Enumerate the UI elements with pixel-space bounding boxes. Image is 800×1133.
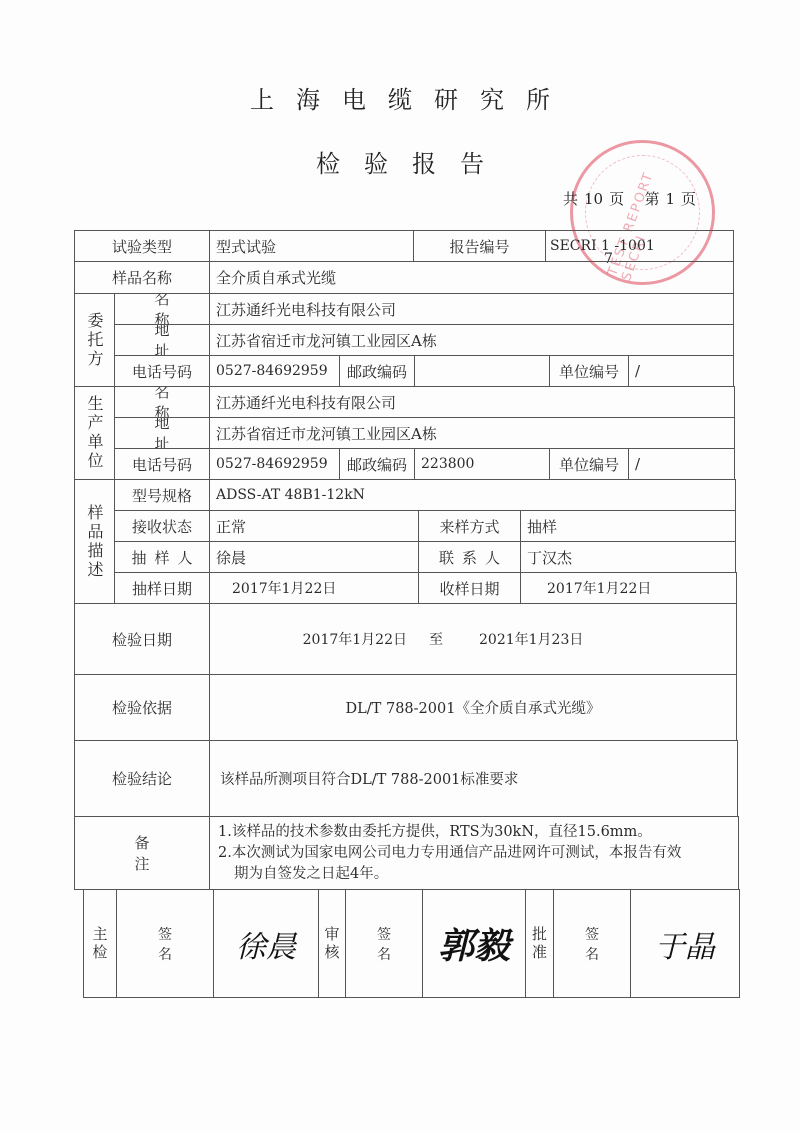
remarks-line2b: 期为自签发之日起4年。 bbox=[218, 864, 388, 885]
page-total-prefix: 共 bbox=[563, 190, 578, 208]
report-title: 检验报告 bbox=[0, 144, 800, 179]
approver-role-label: 批准 bbox=[525, 889, 554, 998]
approver-sign-label: 签 名 bbox=[553, 889, 631, 998]
manufacturer-unit-no-label: 单位编号 bbox=[549, 448, 629, 480]
sampling-date-value: 2017年1月22日 bbox=[209, 572, 419, 604]
remarks-label: 备 注 bbox=[74, 816, 210, 890]
sample-name-value: 全介质自承式光缆 bbox=[209, 261, 734, 294]
client-unit-no-value: / bbox=[628, 355, 734, 387]
inspector-sign-label: 签 名 bbox=[116, 889, 214, 998]
receive-date-label: 收样日期 bbox=[418, 572, 521, 604]
conclusion-value: 该样品所测项目符合DL/T 788-2001标准要求 bbox=[209, 740, 738, 817]
page-total-suffix: 页 bbox=[609, 190, 624, 208]
sampling-method-label: 来样方式 bbox=[418, 510, 521, 542]
inspection-date-label: 检验日期 bbox=[74, 603, 210, 675]
manufacturer-group-label: 生产单位 bbox=[74, 386, 115, 480]
client-address-label: 地 址 bbox=[114, 324, 210, 356]
remarks-line1: 1.该样品的技术参数由委托方提供，RTS为30kN，直径15.6mm。 bbox=[218, 822, 652, 843]
sample-name-label: 样品名称 bbox=[74, 261, 210, 294]
page-current-prefix: 第 bbox=[644, 190, 659, 208]
manufacturer-postal-value: 223800 bbox=[414, 448, 550, 480]
institute-title: 上海电缆研究所 bbox=[0, 80, 800, 115]
receive-date-value: 2017年1月22日 bbox=[520, 572, 737, 604]
manufacturer-phone-value: 0527-84692959 bbox=[209, 448, 340, 480]
client-name-value: 江苏通纤光电科技有限公司 bbox=[209, 293, 734, 325]
page-current: 1 bbox=[665, 190, 675, 208]
client-name-label: 名 称 bbox=[114, 293, 210, 325]
reviewer-sign-label: 签 名 bbox=[345, 889, 423, 998]
approver-signature: 于晶 bbox=[630, 889, 740, 998]
manufacturer-unit-no-value: / bbox=[628, 448, 735, 480]
inspection-date-to: 2021年1月23日 bbox=[479, 629, 583, 649]
receive-state-label: 接收状态 bbox=[114, 510, 210, 542]
report-no-label: 报告编号 bbox=[413, 230, 546, 262]
manufacturer-address-value: 江苏省宿迁市龙河镇工业园区A栋 bbox=[209, 417, 735, 449]
client-group-label: 委托方 bbox=[74, 293, 115, 387]
manufacturer-address-label: 地 址 bbox=[114, 417, 210, 449]
manufacturer-name-value: 江苏通纤光电科技有限公司 bbox=[209, 386, 735, 418]
inspection-date-from: 2017年1月22日 bbox=[303, 629, 407, 649]
manufacturer-postal-label: 邮政编码 bbox=[339, 448, 415, 480]
sampling-method-value: 抽样 bbox=[520, 510, 736, 542]
inspector-role-label: 主检 bbox=[83, 889, 117, 998]
inspection-basis-label: 检验依据 bbox=[74, 674, 210, 741]
model-value: ADSS-AT 48B1-12kN bbox=[209, 479, 736, 511]
report-no-line1: SECRI 1 -1001 bbox=[550, 237, 655, 255]
client-postal-value bbox=[414, 355, 550, 387]
inspector-signature: 徐晨 bbox=[213, 889, 319, 998]
reviewer-signature: 郭毅 bbox=[422, 889, 526, 998]
test-type-label: 试验类型 bbox=[74, 230, 210, 262]
sampling-date-label: 抽样日期 bbox=[114, 572, 210, 604]
remarks-value: 1.该样品的技术参数由委托方提供，RTS为30kN，直径15.6mm。 2.本次… bbox=[209, 816, 739, 890]
contact-value: 丁汉杰 bbox=[520, 541, 736, 573]
client-unit-no-label: 单位编号 bbox=[549, 355, 629, 387]
manufacturer-name-label: 名 称 bbox=[114, 386, 210, 418]
page-total: 10 bbox=[584, 190, 603, 208]
client-address-value: 江苏省宿迁市龙河镇工业园区A栋 bbox=[209, 324, 734, 356]
client-postal-label: 邮政编码 bbox=[339, 355, 415, 387]
remarks-line2a: 2.本次测试为国家电网公司电力专用通信产品进网许可测试，本报告有效 bbox=[218, 843, 681, 864]
inspection-date-to-word: 至 bbox=[429, 629, 443, 649]
manufacturer-phone-label: 电话号码 bbox=[114, 448, 210, 480]
contact-label: 联系人 bbox=[418, 541, 521, 573]
page-current-suffix: 页 bbox=[681, 190, 696, 208]
page-info: 共10页 第1页 bbox=[560, 188, 699, 209]
model-label: 型号规格 bbox=[114, 479, 210, 511]
sample-group-label: 样品描述 bbox=[74, 479, 115, 604]
sampler-label: 抽样人 bbox=[114, 541, 210, 573]
client-phone-value: 0527-84692959 bbox=[209, 355, 340, 387]
inspection-basis-value: DL/T 788-2001《全介质自承式光缆》 bbox=[209, 674, 737, 741]
receive-state-value: 正常 bbox=[209, 510, 419, 542]
conclusion-label: 检验结论 bbox=[74, 740, 210, 817]
test-type-value: 型式试验 bbox=[209, 230, 414, 262]
client-phone-label: 电话号码 bbox=[114, 355, 210, 387]
reviewer-role-label: 审核 bbox=[318, 889, 346, 998]
report-no-value: SECRI 1 -1001 bbox=[545, 230, 734, 262]
inspection-date-value: 2017年1月22日 至 2021年1月23日 bbox=[209, 603, 737, 675]
sampler-value: 徐晨 bbox=[209, 541, 419, 573]
